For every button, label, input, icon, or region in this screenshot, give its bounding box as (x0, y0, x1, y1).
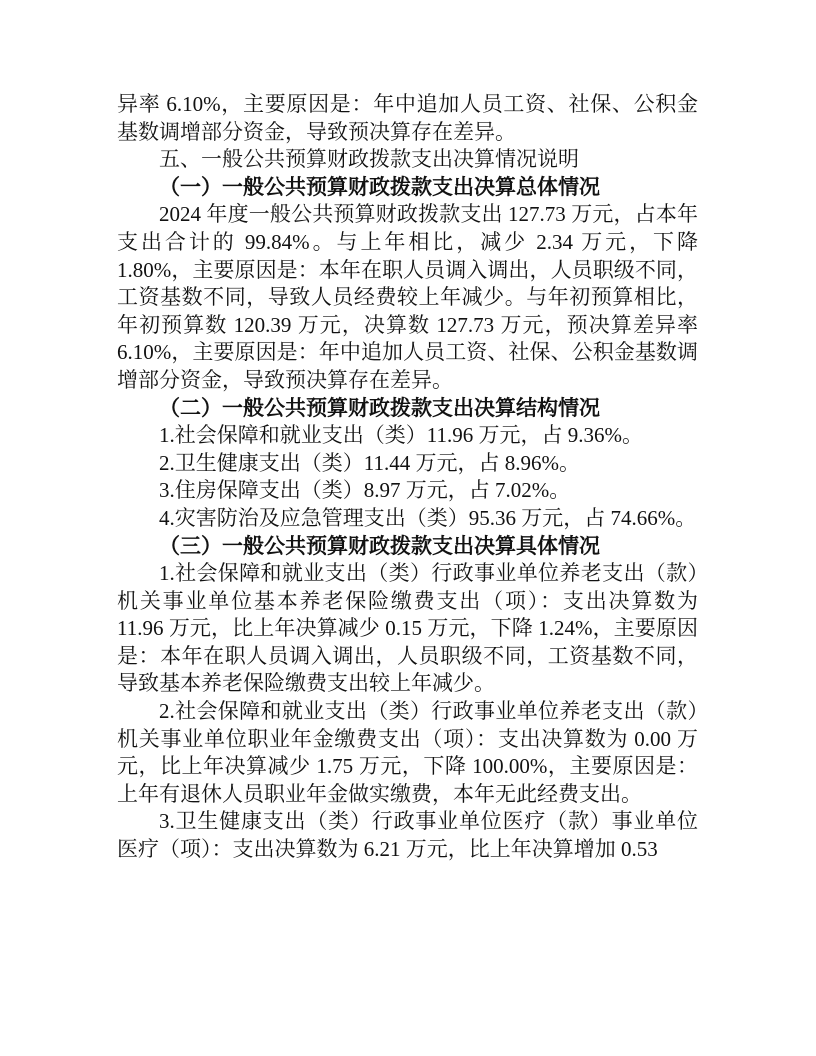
body-paragraph-detail-item3: 3.卫生健康支出（类）行政事业单位医疗（款）事业单位医疗（项）：支出决算数为 6… (117, 808, 698, 863)
section-heading-level2-part3: （三）一般公共预算财政拨款支出决算具体情况 (117, 533, 698, 561)
section-heading-level2-part2: （二）一般公共预算财政拨款支出决算结构情况 (117, 395, 698, 423)
body-paragraph-overall: 2024 年度一般公共预算财政拨款支出 127.73 万元，占本年支出合计的 9… (117, 201, 698, 394)
body-paragraph-continuation: 异率 6.10%，主要原因是：年中追加人员工资、社保、公积金基数调增部分资金，导… (117, 91, 698, 146)
document-page: 异率 6.10%，主要原因是：年中追加人员工资、社保、公积金基数调增部分资金，导… (0, 0, 816, 1056)
section-heading-level2-part1: （一）一般公共预算财政拨款支出决算总体情况 (117, 174, 698, 202)
body-paragraph-structure-item4: 4.灾害防治及应急管理支出（类）95.36 万元，占 74.66%。 (117, 505, 698, 533)
section-heading-level1: 五、一般公共预算财政拨款支出决算情况说明 (117, 146, 698, 174)
body-paragraph-structure-item2: 2.卫生健康支出（类）11.44 万元，占 8.96%。 (117, 450, 698, 478)
body-paragraph-structure-item3: 3.住房保障支出（类）8.97 万元，占 7.02%。 (117, 477, 698, 505)
body-paragraph-detail-item2: 2.社会保障和就业支出（类）行政事业单位养老支出（款）机关事业单位职业年金缴费支… (117, 698, 698, 808)
body-paragraph-detail-item1: 1.社会保障和就业支出（类）行政事业单位养老支出（款）机关事业单位基本养老保险缴… (117, 560, 698, 698)
body-paragraph-structure-item1: 1.社会保障和就业支出（类）11.96 万元，占 9.36%。 (117, 422, 698, 450)
